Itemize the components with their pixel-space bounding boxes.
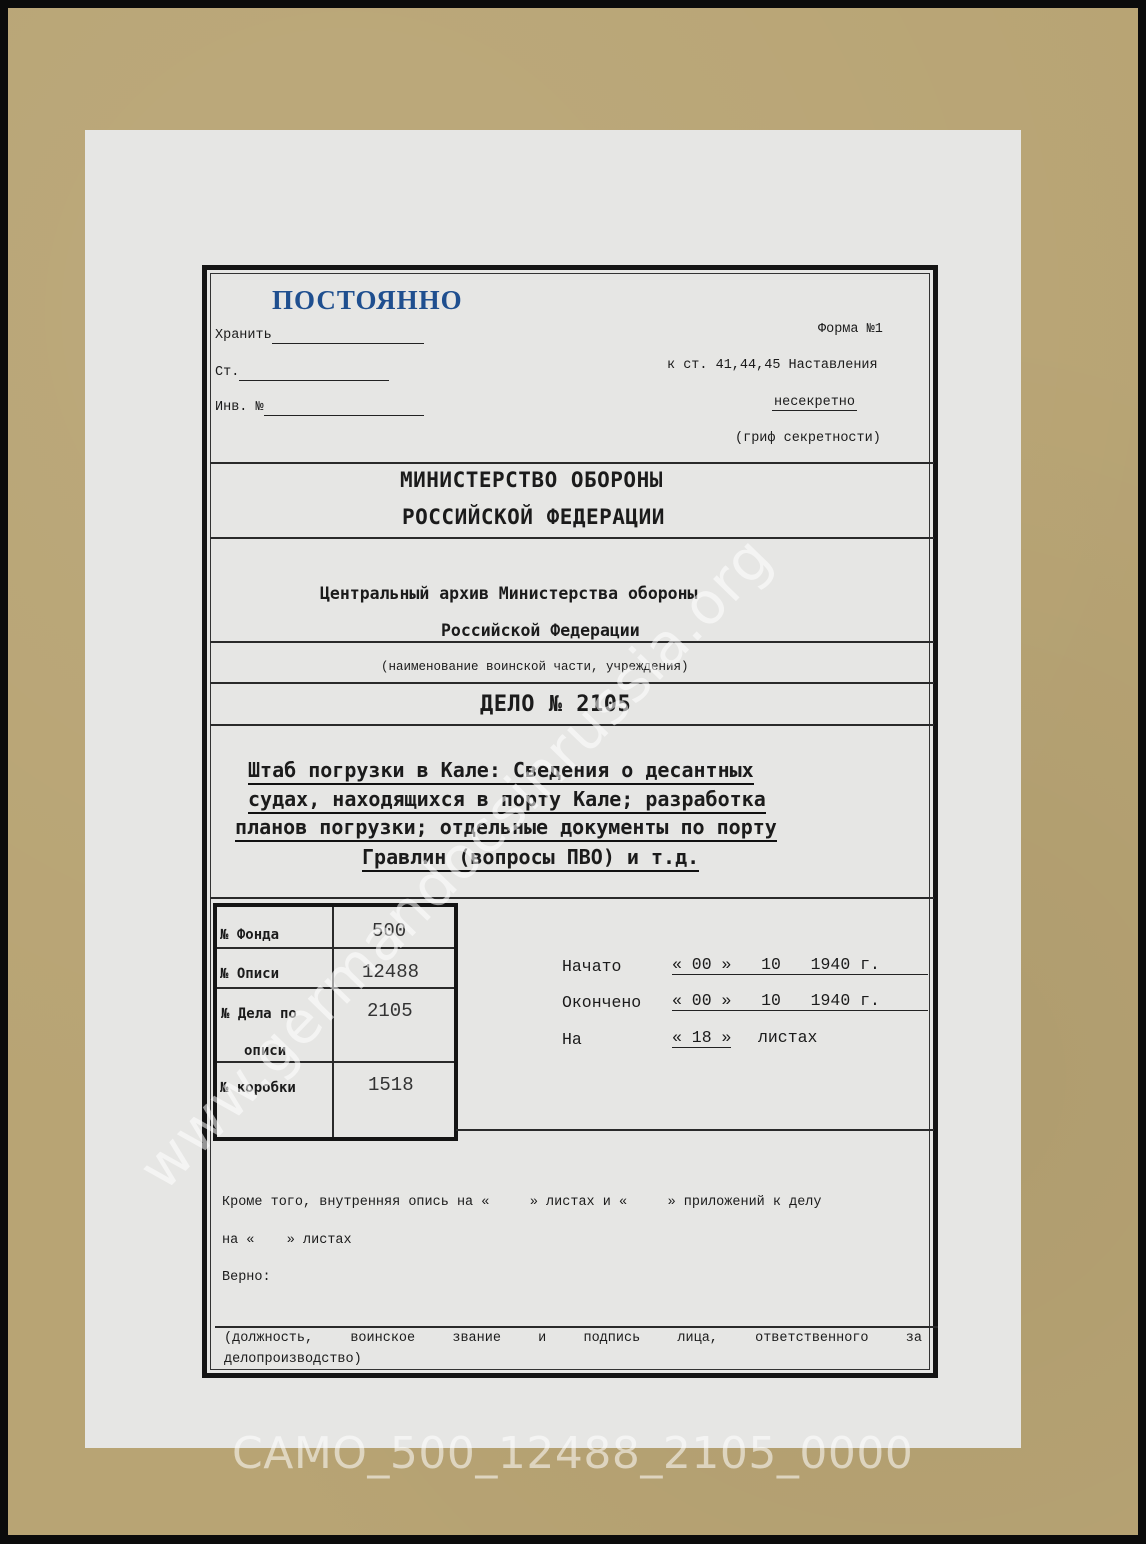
divider bbox=[210, 462, 934, 464]
permanent-stamp: ПОСТОЯННО bbox=[272, 285, 463, 316]
signature-caption-line-2: делопроизводство) bbox=[224, 1352, 362, 1367]
ended-label: Окончено bbox=[562, 993, 641, 1012]
keep-field: Хранить bbox=[215, 328, 424, 344]
form-number: Форма №1 bbox=[818, 322, 883, 337]
fond-label: № Фонда bbox=[220, 927, 279, 943]
inventory-field: Инв. № bbox=[215, 400, 424, 416]
image-id-label: CAMO_500_12488_2105_0000 bbox=[232, 1428, 913, 1479]
table-row-divider bbox=[217, 1061, 454, 1063]
delo-value: 2105 bbox=[367, 1000, 413, 1022]
form-reference: к ст. 41,44,45 Наставления bbox=[667, 358, 878, 373]
sheets-suffix: листах bbox=[758, 1028, 817, 1047]
divider bbox=[215, 1326, 938, 1328]
subject-line-2: судах, находящихся в порту Кале; разрабо… bbox=[248, 787, 766, 811]
divider bbox=[210, 537, 934, 539]
inventory-label: Инв. № bbox=[215, 400, 264, 415]
opis-value: 12488 bbox=[362, 961, 419, 983]
table-row-divider bbox=[217, 947, 454, 949]
delo-label-line-2: описи bbox=[244, 1043, 286, 1059]
box-value: 1518 bbox=[368, 1074, 414, 1096]
sheets-label: На bbox=[562, 1030, 582, 1049]
article-field: Ст. bbox=[215, 365, 389, 381]
verified-label: Верно: bbox=[222, 1270, 271, 1285]
case-title: ДЕЛО № 2105 bbox=[480, 692, 631, 717]
inventory-input-line bbox=[264, 400, 424, 416]
table-column-divider bbox=[332, 907, 334, 1137]
opis-label: № Описи bbox=[220, 966, 279, 982]
divider bbox=[210, 641, 934, 643]
archive-line-1: Центральный архив Министерства обороны bbox=[320, 584, 698, 603]
delo-label-line-1: № Дела по bbox=[221, 1006, 297, 1022]
ended-value: « 00 » 10 1940 г. bbox=[672, 991, 928, 1011]
sheets-value: « 18 » bbox=[672, 1028, 731, 1048]
keep-label: Хранить bbox=[215, 328, 272, 343]
divider bbox=[210, 897, 934, 899]
subject-line-1: Штаб погрузки в Кале: Сведения о десантн… bbox=[248, 758, 754, 782]
started-label: Начато bbox=[562, 957, 621, 976]
article-label: Ст. bbox=[215, 365, 239, 380]
inventory-note: Кроме того, внутренняя опись на « » лист… bbox=[222, 1195, 822, 1210]
started-value: « 00 » 10 1940 г. bbox=[672, 955, 928, 975]
ministry-line-1: МИНИСТЕРСТВО ОБОРОНЫ bbox=[400, 468, 663, 492]
subject-line-3: планов погрузки; отдельные документы по … bbox=[235, 815, 777, 839]
archive-line-2: Российской Федерации bbox=[441, 621, 640, 640]
signature-caption: (должность, воинское звание и подпись ли… bbox=[224, 1331, 922, 1346]
divider bbox=[456, 1129, 934, 1131]
fond-value: 500 bbox=[372, 920, 406, 942]
archive-caption: (наименование воинской части, учреждения… bbox=[381, 660, 689, 674]
subject-line-4: Гравлин (вопросы ПВО) и т.д. bbox=[362, 845, 699, 869]
divider bbox=[210, 682, 934, 684]
secrecy-value: несекретно bbox=[772, 395, 857, 411]
secrecy-caption: (гриф секретности) bbox=[735, 431, 881, 446]
box-label: № коробки bbox=[220, 1080, 296, 1096]
divider bbox=[210, 724, 934, 726]
sheets-note: на « » листах bbox=[222, 1233, 352, 1248]
keep-input-line bbox=[272, 328, 424, 344]
ministry-line-2: РОССИЙСКОЙ ФЕДЕРАЦИИ bbox=[402, 505, 665, 529]
article-input-line bbox=[239, 365, 389, 381]
table-row-divider bbox=[217, 987, 454, 989]
